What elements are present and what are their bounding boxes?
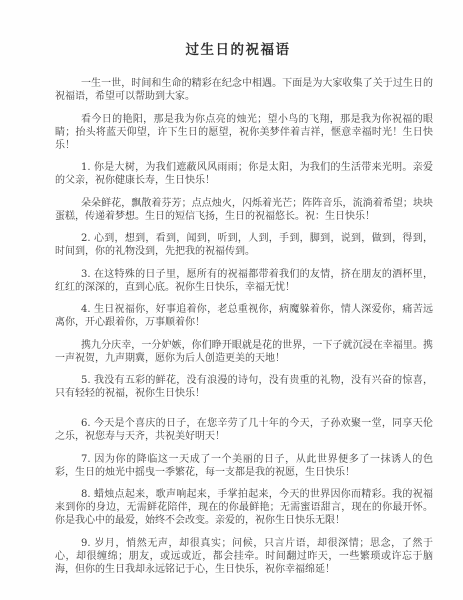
document-page: 过生日的祝福语 一生一世，时间和生命的精彩在纪念中相遇。下面是为大家收集了关于过… xyxy=(0,0,463,600)
intro-paragraph: 一生一世，时间和生命的精彩在纪念中相遇。下面是为大家收集了关于过生日的祝福语，希… xyxy=(55,77,433,103)
blessing-paragraph-congrats: 携九分庆幸，一分妒嫉，你们睁开眼就是花的世界，一下子就沉浸在幸福里。携一声祝贺，… xyxy=(55,339,433,365)
document-title: 过生日的祝福语 xyxy=(43,38,433,58)
opening-paragraph: 看今日的艳阳，那是我为你点亮的烛光；望小鸟的飞翔，那是我为你祝福的眼睛；抬头将蓝… xyxy=(55,113,433,152)
blessing-item-1: 1. 你是大树，为我们遮蔽风风雨雨；你是太阳，为我们的生活带来光明。亲爱的父亲，… xyxy=(55,161,433,187)
blessing-paragraph-flowers: 朵朵鲜花，飘散着芬芳；点点烛火，闪烁着光芒；阵阵音乐，流淌着希望；块块蛋糕，传递… xyxy=(55,197,433,223)
blessing-item-6: 6. 今天是个喜庆的日子，在您辛劳了几十年的今天，子孙欢聚一堂，同享天伦之乐，祝… xyxy=(55,417,433,443)
blessing-item-9: 9. 岁月，悄然无声，却很真实；问候，只言片语，却很深情；思念，了然于心，却很缠… xyxy=(55,537,433,576)
blessing-item-8: 8. 蜡烛点起来，歌声响起来，手掌拍起来，今天的世界因你而精彩。我的祝福来到你的… xyxy=(55,488,433,527)
blessing-item-5: 5. 我没有五彩的鲜花，没有浪漫的诗句，没有贵重的礼物，没有兴奋的惊喜，只有轻轻… xyxy=(55,374,433,400)
blessing-item-3: 3. 在这特殊的日子里，愿所有的祝福都带着我们的友情，挤在朋友的酒杯里，红红的深… xyxy=(55,268,433,294)
blessing-item-4: 4. 生日祝福你，好事追着你，老总重视你，病魔躲着你，情人深爱你，痛苦远离你，开… xyxy=(55,303,433,329)
blessing-item-7: 7. 因为你的降临这一天成了一个美丽的日子，从此世界便多了一抹诱人的色彩，生日的… xyxy=(55,453,433,479)
blessing-item-2: 2. 心到，想到，看到，闻到，听到，人到，手到，脚到，说到，做到，得到，时间到，… xyxy=(55,232,433,258)
